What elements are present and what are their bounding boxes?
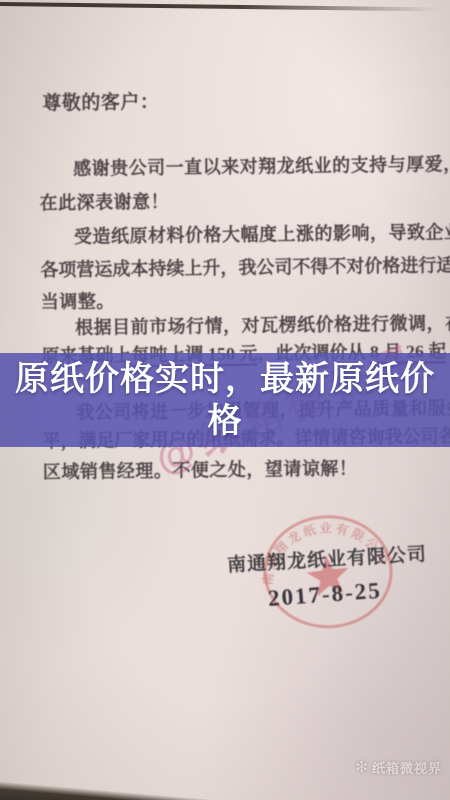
headline-line1: 原纸价格实时，最新原纸价 [15, 358, 435, 400]
letter-line: 当调整。 [41, 287, 115, 314]
letter-line: 在此深表谢意！ [39, 188, 169, 216]
watermark-text: 纸箱微视界 [372, 758, 442, 777]
desk-edge [0, 782, 210, 800]
corner-watermark: ✻ 纸箱微视界 [355, 758, 442, 777]
watermark-logo-icon: ✻ [355, 760, 368, 775]
letter-salutation: 尊敬的客户： [42, 87, 159, 115]
letter-line: 各项营运成本持续上升，我公司不得不对价格进行适 [40, 251, 450, 282]
letter-line: 感谢贵公司一直以来对翔龙纸业的支持与厚爱， [73, 150, 450, 181]
letter-line: 受造纸原材料价格大幅度上涨的影响，导致企业 [74, 218, 450, 249]
headline-line2: 格 [208, 400, 243, 442]
letter-photo: 尊敬的客户： 感谢贵公司一直以来对翔龙纸业的支持与厚爱， 在此深表谢意！ 受造纸… [0, 0, 450, 800]
headline-banner: 原纸价格实时，最新原纸价 格 [0, 353, 450, 447]
